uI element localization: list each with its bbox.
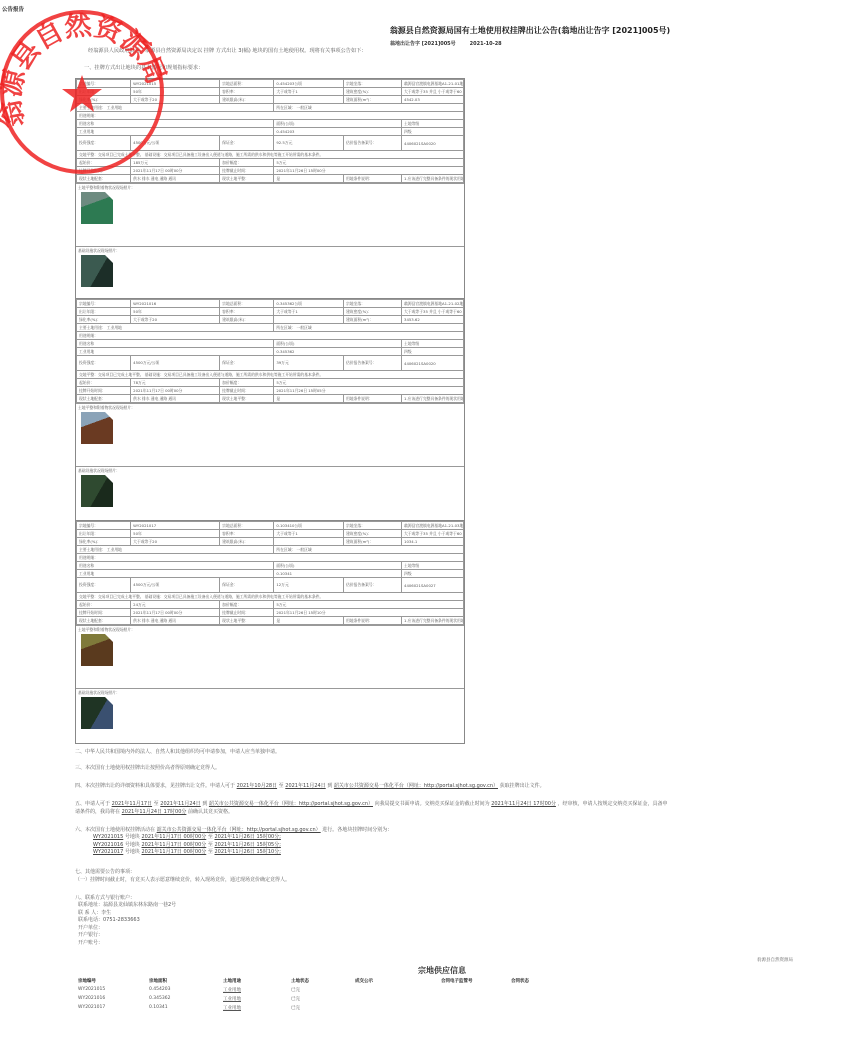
s5-platform-link[interactable]: 韶关市公共资源交易一体化平台（网址：http://portal.sjhot.sg… — [209, 801, 373, 807]
cell: 大于或等于20 — [131, 316, 220, 324]
supply-table: 宗地编号宗地面积土地用途土地状态成交公示合同电子监管号合同状态 WY202101… — [78, 976, 571, 1012]
cell: 交地平整：交易项目已完成土地平整。 基础设施：交易项目已具备施工设备出入便道与道… — [77, 371, 464, 379]
land-photo-image — [81, 634, 113, 666]
cell: 0.345362 — [274, 348, 402, 356]
schedule-id: WY2021017 — [93, 849, 123, 855]
cell: 加价幅度： — [220, 379, 274, 387]
doc-number: 翁地出让告字 [2021]005号 — [390, 41, 456, 47]
cell: 翁源县官渡镇电源基地A1-21-02地块 — [402, 300, 464, 308]
parcel-table: 宗地编号：WY2021016宗地总面积：0.345362公顷宗地坐落：翁源县官渡… — [76, 299, 464, 403]
cell: 所在区域： 一般区域 — [274, 324, 464, 332]
cell: 起始价： — [77, 379, 131, 387]
cell: 185万元 — [131, 159, 220, 167]
cell: 挂牌截止时间： — [220, 387, 274, 395]
cell: 3453.62 — [402, 316, 464, 324]
s5-pre: 五、申请人可于 — [75, 801, 110, 807]
land-photo-image — [81, 412, 113, 444]
supply-cell: 已完 — [291, 1003, 355, 1012]
cell: 大于或等于1 — [274, 308, 344, 316]
supply-cell[interactable]: 工业用地 — [223, 994, 291, 1003]
cell: 建筑面积(m²)： — [344, 96, 402, 104]
s4-post: 获取挂牌出让文件。 — [500, 783, 545, 789]
cell: 2021年11月26日 15时00分 — [274, 167, 464, 175]
cell: 容积率： — [220, 530, 274, 538]
cell: WY2021016 — [131, 300, 220, 308]
table-row: WY20210150.454203工业用地已完 — [78, 985, 571, 994]
cell: 1.应该进行完整具备条件的现状用地要求。 — [402, 617, 464, 625]
cell: 24万元 — [131, 601, 220, 609]
cell: 翁源县官渡镇电源基地A1-21-03地块 — [402, 522, 464, 530]
cell: 宗地编号： — [77, 300, 131, 308]
schedule-start: 2021年11月17日 00时00分 — [141, 834, 206, 840]
cell: 现状土地平整： — [220, 175, 274, 183]
contact-block: 联系地址：翁源县龙仙镇东林东路南一巷2号联 系 人：李生联系电话：0751-28… — [78, 902, 176, 947]
cell: 建筑密度(%)： — [344, 88, 402, 96]
photo-label: 基础设施状况现场照片： — [78, 468, 462, 474]
cell: 保证金： — [220, 356, 274, 371]
schedule-id: WY2021016 — [93, 842, 123, 848]
supply-cell: WY2021016 — [78, 994, 149, 1003]
cell: 出让年限： — [77, 88, 131, 96]
cell: 投资强度： — [77, 578, 131, 593]
photo-row-land: 土地平整和附着物状况现场照片： — [76, 625, 464, 688]
schedule-end: 2021年11月26日 15时05分; — [214, 842, 280, 848]
cell: 1.应该进行完整具备条件的现状用地要求。 — [402, 395, 464, 403]
parcel-table: 宗地编号：WY2021015宗地总面积：0.454203公顷宗地坐落：翁源县官渡… — [76, 79, 464, 183]
doc-subtitle: 翁地出让告字 [2021]005号2021-10-28 — [390, 40, 502, 47]
section-2: 二、中华人民共和国境内外的法人、自然人和其他组织均可申请参加，申请人应当单独申请… — [75, 748, 280, 755]
infra-photo-image — [81, 255, 113, 287]
cell: 4406021SA0027 — [402, 578, 464, 593]
cell: 投资强度： — [77, 356, 131, 371]
supply-cell — [355, 994, 441, 1003]
supply-cell — [511, 994, 571, 1003]
section-8: 八、联系方式与银行账户： — [75, 894, 135, 901]
schedule-list: WY2021015 号地块 2021年11月17日 00时00分 至 2021年… — [75, 834, 281, 857]
cell: 四级 — [402, 570, 464, 578]
cell: 保证金： — [220, 578, 274, 593]
section-3: 三、本次国有土地使用权挂牌出让按照价高者得原则确定竞得人。 — [75, 764, 220, 771]
cell: 2021年11月17日 00时00分 — [131, 609, 220, 617]
cell: 大于或等于1 — [274, 530, 344, 538]
cell: 工业用地 — [77, 128, 274, 136]
supply-cell — [355, 1003, 441, 1012]
s6-platform-link[interactable]: 韶关市公共资源交易一体化平台（网址：http://portal.sjhot.sg… — [157, 827, 321, 833]
cell: 4406021SA0020 — [402, 356, 464, 371]
s4-date-end: 2021年11月24日 — [285, 783, 325, 789]
supply-column-header: 合同电子监管号 — [441, 976, 511, 985]
cell: 5万元 — [274, 159, 464, 167]
supply-column-header: 宗地面积 — [149, 976, 223, 985]
cell: 加价幅度： — [220, 159, 274, 167]
cell: 土地等级 — [402, 562, 464, 570]
cell: 4500万元/公顷 — [131, 578, 220, 593]
cell: 供水 排水 通电 通路 通讯 — [131, 617, 220, 625]
cell: 大于或等于1 — [274, 88, 344, 96]
section-6: 六、本次国有土地使用权挂牌活动在 韶关市公共资源交易一体化平台（网址：http:… — [75, 826, 392, 833]
supply-cell: 已完 — [291, 985, 355, 994]
cell: 0.10341 — [274, 570, 402, 578]
cell: 建筑限高(米)： — [220, 538, 274, 546]
cell: 0.454203公顷 — [274, 80, 344, 88]
cell: 供水 排水 通电 通路 通讯 — [131, 175, 220, 183]
contact-line: 联系地址：翁源县龙仙镇东林东路南一巷2号 — [78, 902, 176, 910]
cell: 2021年11月26日 15时05分 — [274, 387, 464, 395]
schedule-to: 至 — [208, 834, 213, 840]
cell: 是 — [274, 395, 344, 403]
cell: 建筑密度(%)： — [344, 308, 402, 316]
cell: 宗地总面积： — [220, 80, 274, 88]
section-5: 五、申请人可于 2021年11月17日 至 2021年11月24日 到 韶关市公… — [75, 800, 668, 807]
schedule-suffix: 号地块 — [125, 834, 140, 840]
cell: 4542.03 — [402, 96, 464, 104]
cell: 4500万元/公顷 — [131, 136, 220, 151]
cell: 宗地编号： — [77, 522, 131, 530]
cell: 2021年11月17日 00时00分 — [131, 387, 220, 395]
doc-date: 2021-10-28 — [470, 41, 502, 47]
cell — [274, 538, 344, 546]
cell: 大于或等于35 并且 小于或等于60 — [402, 88, 464, 96]
cell: 面积(公顷) — [274, 562, 402, 570]
cell: 用地条件说明： — [344, 175, 402, 183]
cell: 用途名称 — [77, 340, 274, 348]
supply-column-header: 宗地编号 — [78, 976, 149, 985]
supply-cell: 0.10341 — [149, 1003, 223, 1012]
cell: 建筑限高(米)： — [220, 316, 274, 324]
schedule-item: WY2021017 号地块 2021年11月17日 00时00分 至 2021年… — [75, 849, 281, 857]
cell: 宗地总面积： — [220, 522, 274, 530]
cell: 0.103410公顷 — [274, 522, 344, 530]
cell: 用途明细： — [77, 554, 464, 562]
contact-line: 开户账号： — [78, 940, 176, 948]
cell: 挂牌开始时间： — [77, 387, 131, 395]
schedule-end: 2021年11月26日 15时00分; — [214, 834, 280, 840]
cell: 5万元 — [274, 601, 464, 609]
supply-title: 宗地供应信息 — [418, 965, 466, 976]
cell: 土地等级 — [402, 340, 464, 348]
cell: 大于或等于35 并且 小于或等于60 — [402, 308, 464, 316]
s5-date-end: 2021年11月24日 — [160, 801, 200, 807]
cell: 四级 — [402, 128, 464, 136]
photo-label: 基础设施状况现场照片： — [78, 690, 462, 696]
supply-cell — [511, 1003, 571, 1012]
cell: 土地等级 — [402, 120, 464, 128]
cell: 绿化率(%)： — [77, 538, 131, 546]
s5-line2-pre: 请条件的，我局将在 — [75, 809, 120, 815]
cell: 宗地坐落： — [344, 522, 402, 530]
parcel-table: 宗地编号：WY2021017宗地总面积：0.103410公顷宗地坐落：翁源县官渡… — [76, 521, 464, 625]
section-4: 四、本次挂牌出让的详细资料和具体要求，见挂牌出让文件。申请人可于 2021年10… — [75, 782, 545, 789]
cell: 容积率： — [220, 88, 274, 96]
parcel-block: 宗地编号：WY2021015宗地总面积：0.454203公顷宗地坐落：翁源县官渡… — [75, 78, 465, 302]
s5-to: 至 — [154, 801, 159, 807]
s6-post: 进行。各地块挂牌时间分别为： — [322, 827, 392, 833]
intro-text: 经翁源县人民政府批准，翁源县自然资源局决定以 挂牌 方式出让 3(幅) 地块的国… — [88, 47, 367, 54]
schedule-end: 2021年11月26日 15时10分; — [214, 849, 280, 855]
s4-to: 至 — [279, 783, 284, 789]
supply-cell — [355, 985, 441, 994]
cell: 2021年11月17日 00时00分 — [131, 167, 220, 175]
cell: WY2021017 — [131, 522, 220, 530]
infra-photo-image — [81, 475, 113, 507]
photo-row-infra: 基础设施状况现场照片： — [76, 688, 464, 743]
cell: 保证金： — [220, 136, 274, 151]
schedule-start: 2021年11月17日 00时00分 — [141, 849, 206, 855]
cell: WY2021015 — [131, 80, 220, 88]
contact-line: 联系电话：0751-2833663 — [78, 917, 176, 925]
cell: 0.454203 — [274, 128, 402, 136]
cell: 建筑面积(m²)： — [344, 538, 402, 546]
schedule-to: 至 — [208, 849, 213, 855]
cell: 0.345362公顷 — [274, 300, 344, 308]
cell: 92.5万元 — [274, 136, 344, 151]
cell: 翁源县官渡镇电源基地A1-21-01地块 — [402, 80, 464, 88]
s5-post2: ，经审核，申请人按规定交纳竞买保证金，具备申 — [558, 801, 668, 807]
cell: 1034.1 — [402, 538, 464, 546]
s5-line2-date: 2021年11月24日 17时00分 — [122, 809, 187, 815]
supply-header-row: 宗地编号宗地面积土地用途土地状态成交公示合同电子监管号合同状态 — [78, 976, 571, 985]
cell: 4500万元/公顷 — [131, 356, 220, 371]
cell: 50年 — [131, 88, 220, 96]
cell: 是 — [274, 175, 344, 183]
cell: 估价报告备案号： — [344, 578, 402, 593]
cell: 起始价： — [77, 601, 131, 609]
cell: 四级 — [402, 348, 464, 356]
s5-date-start: 2021年11月17日 — [112, 801, 152, 807]
supply-cell — [441, 1003, 511, 1012]
s5-post: 向我局提交书面申请。交纳竞买保证金的截止时间为 — [375, 801, 490, 807]
schedule-to: 至 — [208, 842, 213, 848]
s4-platform-link[interactable]: 韶关市公共资源交易一体化平台（网址：http://portal.sjhot.sg… — [334, 783, 498, 789]
cell: 2021年11月26日 15时10分 — [274, 609, 464, 617]
cell: 建筑密度(%)： — [344, 530, 402, 538]
cell: 所在区域： 一般区域 — [274, 104, 464, 112]
cell: 挂牌截止时间： — [220, 167, 274, 175]
contact-line: 开户银行： — [78, 932, 176, 940]
photo-row-land: 土地平整和附着物状况现场照片： — [76, 403, 464, 466]
cell: 加价幅度： — [220, 601, 274, 609]
table-row: WY20210170.10341工业用地已完 — [78, 1003, 571, 1012]
section-1-heading: 一、挂牌方式出让地块的基本情况和规划指标要求： — [84, 64, 203, 71]
supply-cell: WY2021017 — [78, 1003, 149, 1012]
supply-cell[interactable]: 工业用地 — [223, 1003, 291, 1012]
unit-signature: 翁源县自然资源局 — [757, 957, 793, 963]
cell: 出让年限： — [77, 308, 131, 316]
s5-at: 到 — [202, 801, 207, 807]
schedule-start: 2021年11月17日 00时00分 — [141, 842, 206, 848]
photo-row-infra: 基础设施状况现场照片： — [76, 466, 464, 521]
supply-column-header: 土地用途 — [223, 976, 291, 985]
supply-column-header: 成交公示 — [355, 976, 441, 985]
photo-label: 基础设施状况现场照片： — [78, 248, 462, 254]
cell: 供水 排水 通电 通路 通讯 — [131, 395, 220, 403]
cell: 工业用地 — [77, 570, 274, 578]
s4-pre: 四、本次挂牌出让的详细资料和具体要求，见挂牌出让文件。申请人可于 — [75, 783, 235, 789]
cell: 出让年限： — [77, 530, 131, 538]
cell: 4406021SA0020 — [402, 136, 464, 151]
schedule-item: WY2021015 号地块 2021年11月17日 00时00分 至 2021年… — [75, 834, 281, 842]
cell: 宗地坐落： — [344, 80, 402, 88]
cell: 建筑面积(m²)： — [344, 316, 402, 324]
contact-line: 联 系 人：李生 — [78, 910, 176, 918]
cell: 用途明细： — [77, 112, 464, 120]
cell: 现状土地配套： — [77, 617, 131, 625]
schedule-id: WY2021015 — [93, 834, 123, 840]
supply-cell: 已完 — [291, 994, 355, 1003]
cell: 估价报告备案号： — [344, 356, 402, 371]
cell: 估价报告备案号： — [344, 136, 402, 151]
cell — [274, 96, 344, 104]
cell — [274, 316, 344, 324]
cell: 挂牌开始时间： — [77, 167, 131, 175]
cell: 用途名称 — [77, 562, 274, 570]
cell: 绿化率(%)： — [77, 316, 131, 324]
s5-deadline: 2021年11月24日 17时00分 — [491, 801, 556, 807]
land-photo-image — [81, 192, 113, 224]
cell: 现状土地平整： — [220, 395, 274, 403]
cell: 39万元 — [274, 356, 344, 371]
cell: 大于或等于20 — [131, 96, 220, 104]
cell: 主要土地用途： 工业用地 — [77, 546, 274, 554]
s4-at: 到 — [327, 783, 332, 789]
cell: 建筑限高(米)： — [220, 96, 274, 104]
cell: 用地条件说明： — [344, 617, 402, 625]
cell: 现状土地配套： — [77, 395, 131, 403]
supply-column-header: 土地状态 — [291, 976, 355, 985]
cell: 宗地编号： — [77, 80, 131, 88]
supply-cell: 0.345362 — [149, 994, 223, 1003]
cell: 绿化率(%)： — [77, 96, 131, 104]
schedule-suffix: 号地块 — [125, 842, 140, 848]
infra-photo-image — [81, 697, 113, 729]
supply-column-header: 合同状态 — [511, 976, 571, 985]
page-title: 翁源县自然资源局国有土地使用权挂牌出让公告(翁地出让告字 [2021]005号) — [300, 25, 760, 36]
section-7: 七、其他需要公告的事项： — [75, 868, 135, 875]
cell: 用地条件说明： — [344, 395, 402, 403]
photo-label: 土地平整和附着物状况现场照片： — [78, 185, 462, 191]
corner-label: 公告报告 — [2, 5, 24, 13]
cell: 78万元 — [131, 379, 220, 387]
cell: 挂牌开始时间： — [77, 609, 131, 617]
cell: 大于或等于35 并且 小于或等于60 — [402, 530, 464, 538]
photo-label: 土地平整和附着物状况现场照片： — [78, 405, 462, 411]
cell: 用途名称 — [77, 120, 274, 128]
cell: 容积率： — [220, 308, 274, 316]
supply-cell: WY2021015 — [78, 985, 149, 994]
cell: 5万元 — [274, 379, 464, 387]
parcel-block: 宗地编号：WY2021017宗地总面积：0.103410公顷宗地坐落：翁源县官渡… — [75, 520, 465, 744]
cell: 主要土地用途： 工业用地 — [77, 104, 274, 112]
cell: 1.应该进行完整具备条件的现状用地要求。 — [402, 175, 464, 183]
cell: 宗地总面积： — [220, 300, 274, 308]
cell: 面积(公顷) — [274, 340, 402, 348]
supply-cell: 0.454203 — [149, 985, 223, 994]
cell: 交地平整：交易项目已完成土地平整。 基础设施：交易项目已具备施工设备出入便道与道… — [77, 151, 464, 159]
supply-cell — [511, 985, 571, 994]
contact-line: 开户单位： — [78, 925, 176, 933]
photo-label: 土地平整和附着物状况现场照片： — [78, 627, 462, 633]
cell: 是 — [274, 617, 344, 625]
s6-pre: 六、本次国有土地使用权挂牌活动在 — [75, 827, 155, 833]
s4-date-start: 2021年10月28日 — [237, 783, 277, 789]
supply-cell — [441, 985, 511, 994]
parcel-block: 宗地编号：WY2021016宗地总面积：0.345362公顷宗地坐落：翁源县官渡… — [75, 298, 465, 522]
cell: 50年 — [131, 530, 220, 538]
cell: 宗地坐落： — [344, 300, 402, 308]
schedule-suffix: 号地块 — [125, 849, 140, 855]
section-5-line2: 请条件的，我局将在 2021年11月24日 17时00分 前确认其竞买资格。 — [75, 808, 233, 815]
supply-cell — [441, 994, 511, 1003]
cell: 大于或等于20 — [131, 538, 220, 546]
cell: 12万元 — [274, 578, 344, 593]
supply-cell[interactable]: 工业用地 — [223, 985, 291, 994]
cell: 50年 — [131, 308, 220, 316]
cell: 挂牌截止时间： — [220, 609, 274, 617]
table-row: WY20210160.345362工业用地已完 — [78, 994, 571, 1003]
cell: 交地平整：交易项目已完成土地平整。 基础设施：交易项目已具备施工设备出入便道与道… — [77, 593, 464, 601]
photo-row-land: 土地平整和附着物状况现场照片： — [76, 183, 464, 246]
s5-line2-post: 前确认其竞买资格。 — [188, 809, 233, 815]
cell: 所在区域： 一般区域 — [274, 546, 464, 554]
photo-row-infra: 基础设施状况现场照片： — [76, 246, 464, 301]
section-7-item-1: （一）挂牌时间截止时，有竞买人表示愿意继续竞价，转入现场竞价，通过现场竞价确定竞… — [75, 876, 290, 883]
cell: 主要土地用途： 工业用地 — [77, 324, 274, 332]
cell: 现状土地配套： — [77, 175, 131, 183]
cell: 投资强度： — [77, 136, 131, 151]
cell: 面积(公顷) — [274, 120, 402, 128]
schedule-item: WY2021016 号地块 2021年11月17日 00时00分 至 2021年… — [75, 842, 281, 850]
cell: 起始价： — [77, 159, 131, 167]
cell: 现状土地平整： — [220, 617, 274, 625]
cell: 工业用地 — [77, 348, 274, 356]
cell: 用途明细： — [77, 332, 464, 340]
